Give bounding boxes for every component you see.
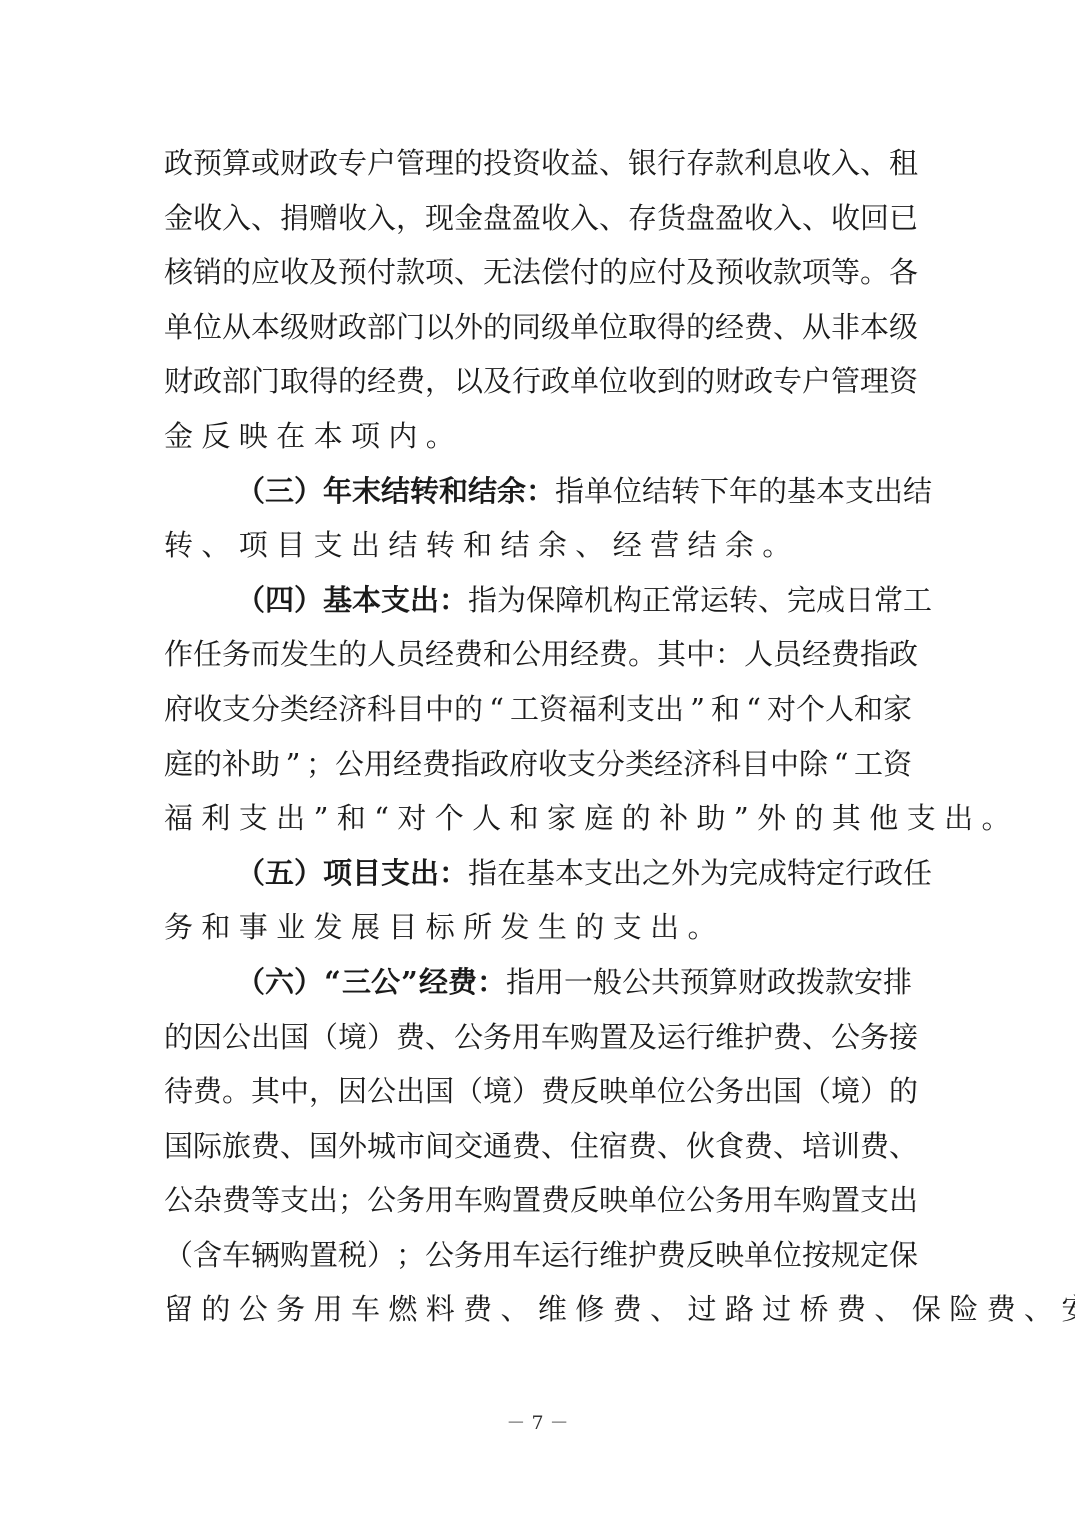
text-line: 府收支分类经济科目中的“工资福利支出”和“对个人和家 xyxy=(164,687,912,742)
text-line: 待费。其中，因公出国（境）费反映单位公务出国（境）的 xyxy=(164,1069,912,1124)
text-line: 福利支出”和“对个人和家庭的补助”外的其他支出。 xyxy=(164,796,912,851)
text-line: 的因公出国（境）费、公务用车购置及运行维护费、公务接 xyxy=(164,1015,912,1070)
text-line: 作任务而发生的人员经费和公用经费。其中：人员经费指政 xyxy=(164,632,912,687)
text-line: 公杂费等支出；公务用车购置费反映单位公务用车购置支出 xyxy=(164,1178,912,1233)
text-line: 政预算或财政专户管理的投资收益、银行存款利息收入、租 xyxy=(164,141,912,196)
text-line: 务和事业发展目标所发生的支出。 xyxy=(164,905,912,960)
document-body: 政预算或财政专户管理的投资收益、银行存款利息收入、租金收入、捐赠收入，现金盘盈收… xyxy=(164,141,912,1342)
text-line: （三）年末结转和结余：指单位结转下年的基本支出结 xyxy=(164,469,912,524)
text-line: 核销的应收及预付款项、无法偿付的应付及预收款项等。各 xyxy=(164,250,912,305)
paragraph-continuation: 政预算或财政专户管理的投资收益、银行存款利息收入、租金收入、捐赠收入，现金盘盈收… xyxy=(164,141,912,469)
paragraph-item-3: （三）年末结转和结余：指单位结转下年的基本支出结转、项目支出结转和结余、经营结余… xyxy=(164,469,912,578)
text-line: （四）基本支出：指为保障机构正常运转、完成日常工 xyxy=(164,578,912,633)
text-line: 转、项目支出结转和结余、经营结余。 xyxy=(164,523,912,578)
text-line: 金收入、捐赠收入，现金盘盈收入、存货盘盈收入、收回已 xyxy=(164,196,912,251)
text-line: 国际旅费、国外城市间交通费、住宿费、伙食费、培训费、 xyxy=(164,1124,912,1179)
text-line: 财政部门取得的经费，以及行政单位收到的财政专户管理资 xyxy=(164,359,912,414)
text-line: （含车辆购置税）；公务用车运行维护费反映单位按规定保 xyxy=(164,1233,912,1288)
text-line: （六）“三公”经费：指用一般公共预算财政拨款安排 xyxy=(164,960,912,1015)
text-line: 留的公务用车燃料费、维修费、过路过桥费、保险费、安全 xyxy=(164,1287,912,1342)
text-line: 金反映在本项内。 xyxy=(164,414,912,469)
paragraph-item-6: （六）“三公”经费：指用一般公共预算财政拨款安排的因公出国（境）费、公务用车购置… xyxy=(164,960,912,1342)
text-line: （五）项目支出：指在基本支出之外为完成特定行政任 xyxy=(164,851,912,906)
document-page: 政预算或财政专户管理的投资收益、银行存款利息收入、租金收入、捐赠收入，现金盘盈收… xyxy=(0,0,1075,1520)
text-line: 单位从本级财政部门以外的同级单位取得的经费、从非本级 xyxy=(164,305,912,360)
paragraph-item-5: （五）项目支出：指在基本支出之外为完成特定行政任务和事业发展目标所发生的支出。 xyxy=(164,851,912,960)
paragraph-item-4: （四）基本支出：指为保障机构正常运转、完成日常工作任务而发生的人员经费和公用经费… xyxy=(164,578,912,851)
text-line: 庭的补助”；公用经费指政府收支分类经济科目中除“工资 xyxy=(164,742,912,797)
page-number: － 7 － xyxy=(0,1408,1075,1435)
